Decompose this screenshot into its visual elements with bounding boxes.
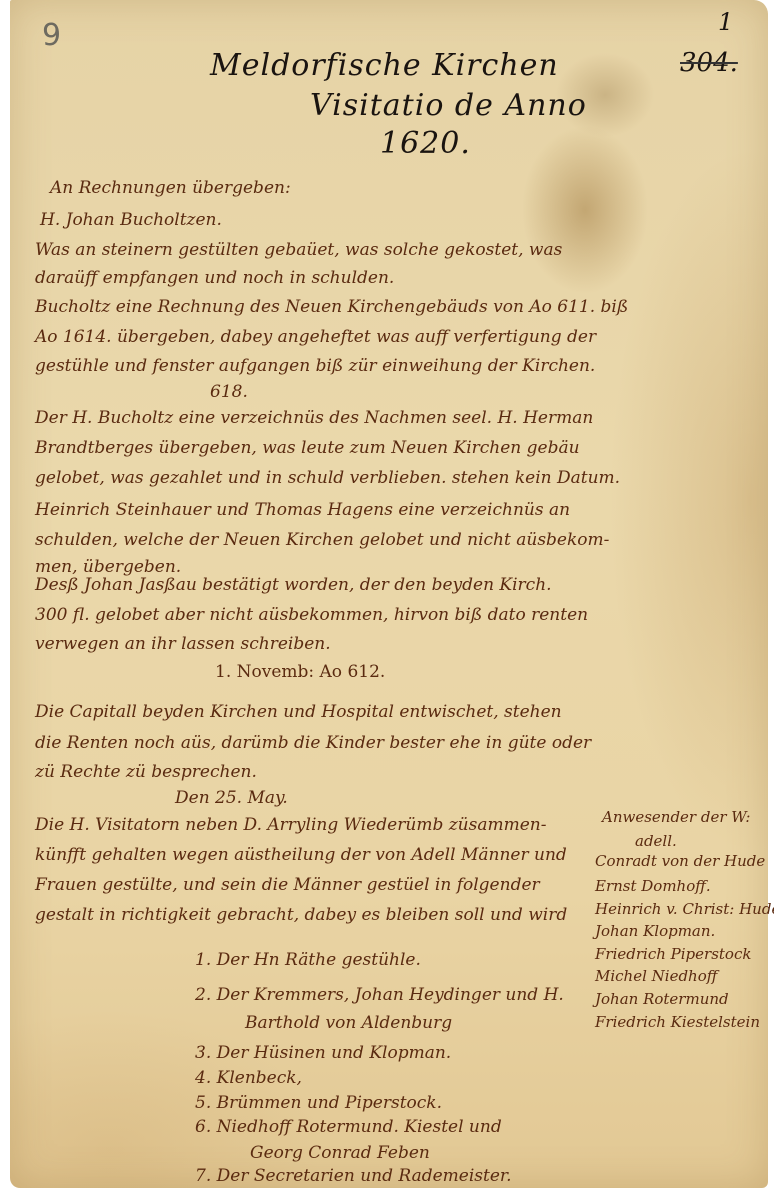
- list-item: 4. Klenbeck,: [195, 1068, 302, 1088]
- text-line: künfft gehalten wegen aüstheilung der vo…: [35, 845, 567, 865]
- pencil-folio-number: 9: [42, 18, 61, 53]
- text-line: verwegen an ihr lassen schreiben.: [35, 634, 331, 654]
- text-line: gestühle und fenster aufgangen biß zür e…: [35, 356, 595, 376]
- title-line-3: 1620.: [380, 126, 471, 161]
- margin-line: Heinrich v. Christ: Hude: [595, 900, 774, 918]
- text-line: Heinrich Steinhauer und Thomas Hagens ei…: [35, 500, 570, 520]
- margin-line: Johan Rotermund: [595, 990, 729, 1008]
- list-item: Barthold von Aldenburg: [245, 1013, 452, 1033]
- text-line: schulden, welche der Neuen Kirchen gelob…: [35, 530, 609, 550]
- margin-line: Michel Niedhoff: [595, 967, 717, 985]
- text-line: Desß Johan Jasßau bestätigt worden, der …: [35, 575, 552, 595]
- margin-line: Johan Klopman.: [595, 922, 715, 940]
- text-line: Was an steinern gestülten gebaüet, was s…: [35, 240, 562, 260]
- list-item: 6. Niedhoff Rotermund. Kiestel und: [195, 1117, 502, 1137]
- margin-line: adell.: [635, 832, 677, 850]
- text-line: gelobet, was gezahlet und in schuld verb…: [35, 468, 620, 488]
- text-line: gestalt in richtigkeit gebracht, dabey e…: [35, 905, 567, 925]
- margin-line: Friedrich Piperstock: [595, 945, 751, 963]
- title-line-2: Visitatio de Anno: [310, 88, 587, 123]
- text-line: Die Capitall beyden Kirchen und Hospital…: [35, 702, 562, 722]
- margin-line: Ernst Domhoff.: [595, 877, 711, 895]
- list-item: 7. Der Secretarien und Rademeister.: [195, 1166, 512, 1186]
- list-item: 1. Der Hn Räthe gestühle.: [195, 950, 421, 970]
- title-line-1: Meldorfische Kirchen: [210, 48, 559, 83]
- margin-line: Conradt von der Hude: [595, 852, 765, 870]
- list-item: 2. Der Kremmers, Johan Heydinger und H.: [195, 985, 564, 1005]
- text-line: men, übergeben.: [35, 557, 181, 577]
- text-line: 618.: [210, 382, 248, 402]
- text-line: Ao 1614. übergeben, dabey angeheftet was…: [35, 327, 596, 347]
- text-line: Brandtberges übergeben, was leute zum Ne…: [35, 438, 580, 458]
- text-line: Bucholtz eine Rechnung des Neuen Kirchen…: [35, 297, 628, 317]
- text-line: daraüff empfangen und noch in schulden.: [35, 268, 394, 288]
- margin-line: Friedrich Kiestelstein: [595, 1013, 760, 1031]
- list-item: 3. Der Hüsinen und Klopman.: [195, 1043, 451, 1063]
- text-line: die Renten noch aüs, darümb die Kinder b…: [35, 733, 591, 753]
- manuscript-page: 9 1 304. Meldorfische Kirchen Visitatio …: [10, 0, 768, 1188]
- old-folio-number: 304.: [680, 48, 738, 78]
- text-line: H. Johan Bucholtzen.: [40, 210, 222, 230]
- text-line: 300 fl. gelobet aber nicht aüsbekommen, …: [35, 605, 588, 625]
- text-line: Der H. Bucholtz eine verzeichnüs des Nac…: [35, 408, 593, 428]
- text-line: Die H. Visitatorn neben D. Arryling Wied…: [35, 815, 547, 835]
- text-line: An Rechnungen übergeben:: [50, 178, 291, 198]
- folio-number: 1: [718, 8, 733, 36]
- text-line: zü Rechte zü besprechen.: [35, 762, 257, 782]
- list-item: Georg Conrad Feben: [250, 1143, 430, 1163]
- list-item: 5. Brümmen und Piperstock.: [195, 1093, 442, 1113]
- margin-line: Anwesender der W:: [602, 808, 750, 826]
- text-line: Frauen gestülte, und sein die Männer ges…: [35, 875, 540, 895]
- date-line: Den 25. May.: [175, 788, 288, 808]
- date-line: 1. Novemb: Ao 612.: [215, 662, 385, 682]
